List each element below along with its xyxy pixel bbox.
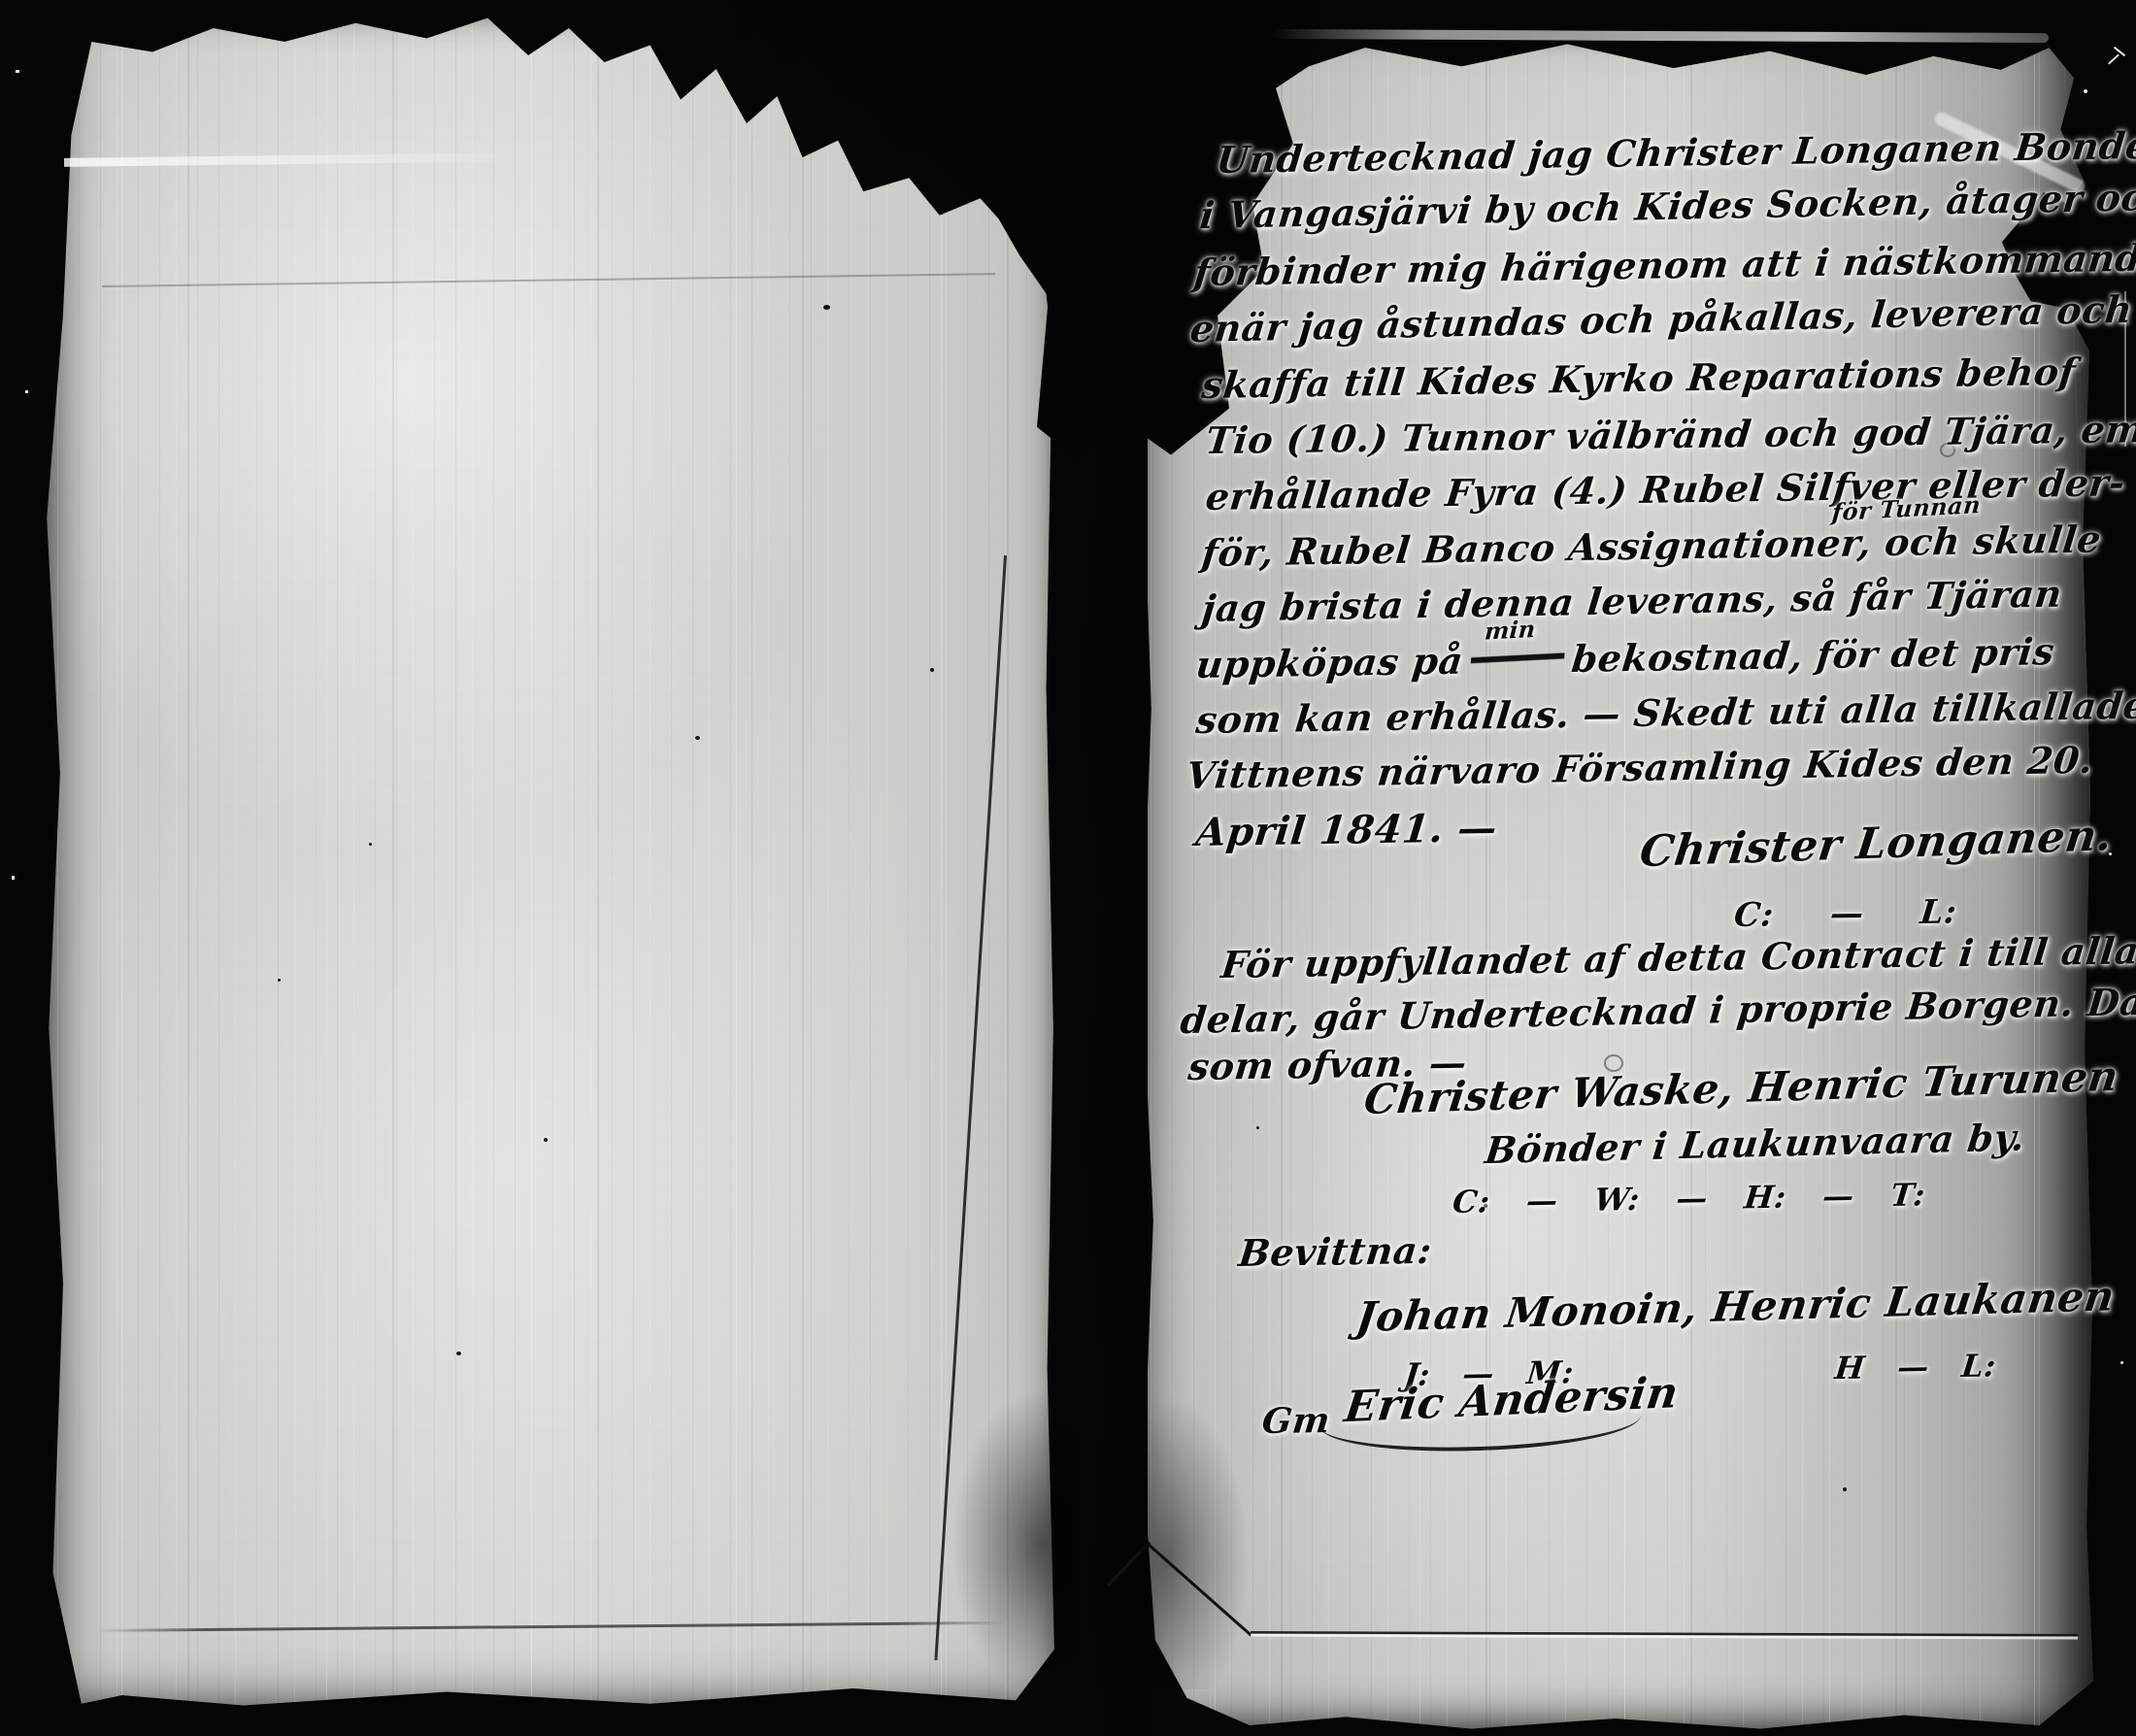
manuscript-line: April 1841. — [1194,809,1499,852]
inserted-word: min [1484,618,1536,644]
right-page-corner-crease-a [1107,1541,1151,1586]
book-gutter-shadow [1051,0,1148,1736]
manuscript-scan: Undertecknad jag Christer Longanen Bonde… [0,0,2136,1736]
margin-scratch [2108,54,2119,65]
margin-speck [2084,89,2087,93]
witness-heading: Bevittna: [1237,1232,1434,1272]
margin-speck [12,876,15,880]
struck-out-word: min [1470,641,1565,675]
line-segment: uppköpas på [1194,639,1466,686]
margin-speck [16,70,19,73]
clerk-prefix: Gm [1260,1403,1332,1439]
manuscript-line: Tio (10.) Tunnor välbränd och god Tjära,… [1204,411,2136,459]
right-page-top-edge-highlight [1272,29,2049,43]
margin-scratch [2114,47,2125,56]
margin-speck [2120,1361,2123,1364]
left-page [41,8,1056,1709]
line-segment: bekostnad, för det pris [1570,629,2057,681]
margin-speck [25,390,28,393]
guarantors-marks: C: — W: — H: — T: [1452,1179,1927,1218]
signature-principal-marks: C: — L: [1732,895,1958,932]
